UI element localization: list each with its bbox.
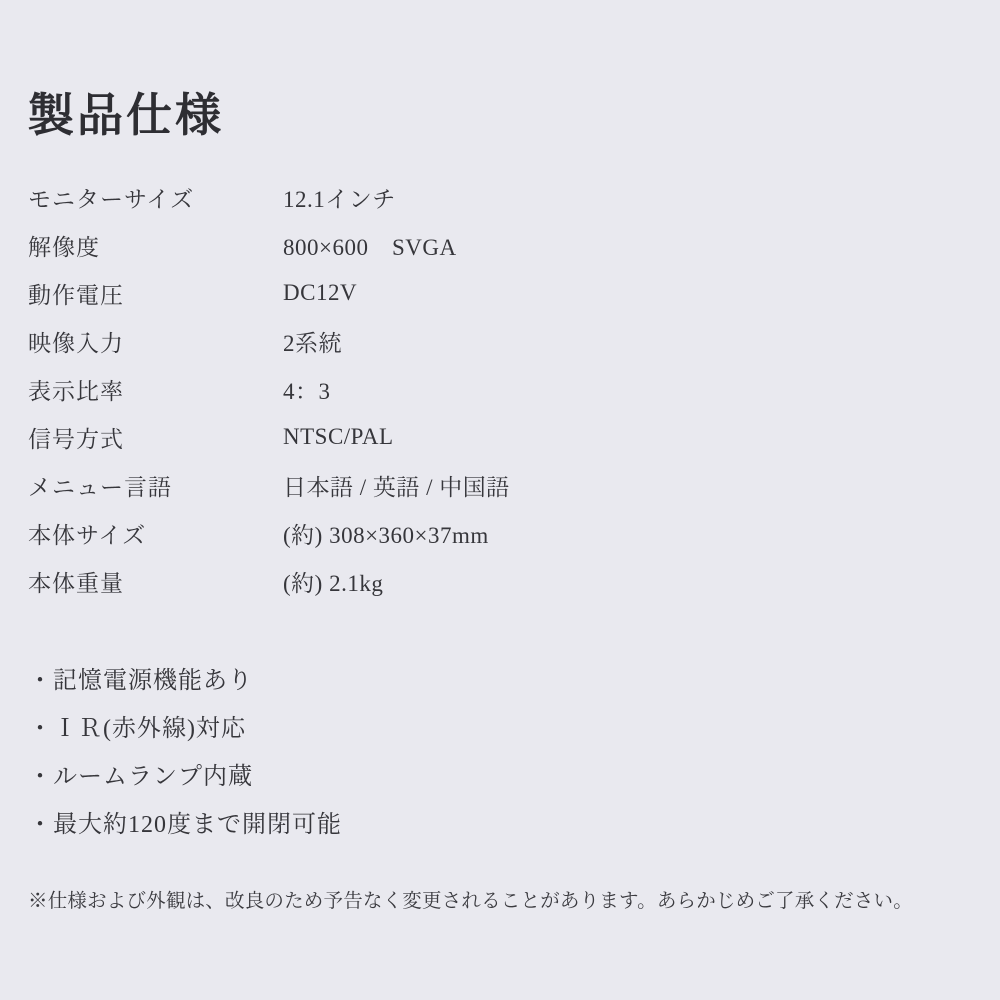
spec-value: 800×600 SVGA (283, 229, 457, 262)
feature-open-angle: ・最大約120度まで開閉可能 (28, 797, 970, 845)
product-spec-page: 製品仕様 モニターサイズ 12.1インチ 解像度 800×600 SVGA 動作… (0, 0, 1000, 1000)
spec-row-signal-format: 信号方式 NTSC/PAL (28, 413, 970, 461)
spec-value: (約) 2.1kg (283, 565, 383, 598)
spec-value: (約) 308×360×37mm (283, 517, 489, 550)
spec-row-body-weight: 本体重量 (約) 2.1kg (28, 557, 970, 605)
disclaimer-note: ※仕様および外観は、改良のため予告なく変更されることがあります。あらかじめご了承… (28, 885, 970, 913)
spec-row-resolution: 解像度 800×600 SVGA (28, 221, 970, 269)
spec-value: 2系統 (283, 325, 342, 358)
spec-row-monitor-size: モニターサイズ 12.1インチ (28, 173, 970, 221)
spec-label: メニュー言語 (28, 469, 283, 502)
page-title: 製品仕様 (28, 88, 970, 143)
spec-label: モニターサイズ (28, 181, 283, 214)
spec-value: 12.1インチ (283, 181, 396, 214)
spec-label: 解像度 (28, 229, 283, 262)
feature-room-lamp: ・ルームランプ内蔵 (28, 749, 970, 797)
spec-value: 4：3 (283, 373, 331, 406)
spec-row-video-input: 映像入力 2系統 (28, 317, 970, 365)
spec-label: 動作電圧 (28, 277, 283, 310)
spec-row-aspect-ratio: 表示比率 4：3 (28, 365, 970, 413)
spec-label: 本体重量 (28, 565, 283, 598)
spec-label: 表示比率 (28, 373, 283, 406)
spec-label: 映像入力 (28, 325, 283, 358)
spec-table: モニターサイズ 12.1インチ 解像度 800×600 SVGA 動作電圧 DC… (28, 173, 970, 605)
spec-row-body-size: 本体サイズ (約) 308×360×37mm (28, 509, 970, 557)
feature-ir-support: ・ＩＲ(赤外線)対応 (28, 701, 970, 749)
spec-label: 信号方式 (28, 421, 283, 454)
feature-memory-power: ・記憶電源機能あり (28, 653, 970, 701)
spec-label: 本体サイズ (28, 517, 283, 550)
spec-row-voltage: 動作電圧 DC12V (28, 269, 970, 317)
spec-value: 日本語 / 英語 / 中国語 (283, 469, 510, 502)
spec-value: DC12V (283, 280, 357, 306)
spec-value: NTSC/PAL (283, 424, 394, 450)
spec-row-menu-language: メニュー言語 日本語 / 英語 / 中国語 (28, 461, 970, 509)
feature-list: ・記憶電源機能あり ・ＩＲ(赤外線)対応 ・ルームランプ内蔵 ・最大約120度ま… (28, 653, 970, 845)
